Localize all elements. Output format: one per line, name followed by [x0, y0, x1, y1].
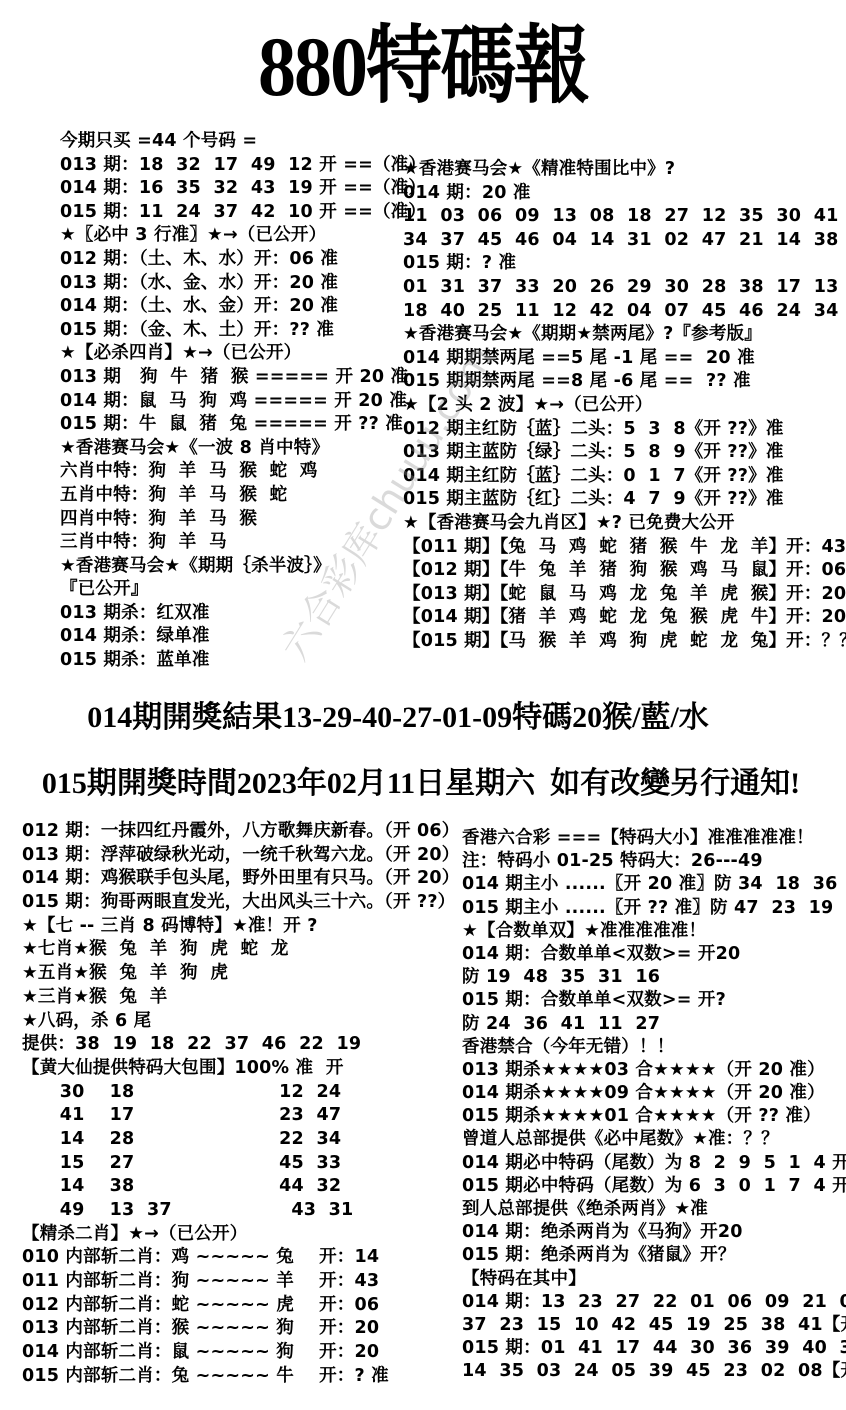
- text-line: 34 37 45 46 04 14 31 02 47 21 14 38: [403, 229, 846, 253]
- text-line: ★七肖★猴 兔 羊 狗 虎 蛇 龙: [22, 938, 459, 962]
- text-line: 41 17 23 47: [22, 1104, 459, 1128]
- text-line: 【011 期】【兔 马 鸡 蛇 猪 猴 牛 龙 羊】开：43: [403, 536, 846, 560]
- text-line: 曾道人总部提供《必中尾数》★准：？？: [462, 1128, 846, 1151]
- text-line: 015 内部斩二肖：兔 ~~~~~ 牛 开：? 准: [22, 1365, 459, 1389]
- text-line: 【015 期】【马 猴 羊 鸡 狗 虎 蛇 龙 兔】开：？？: [403, 630, 846, 654]
- text-line: 012 期：（土、木、水）开：06 准: [60, 248, 426, 272]
- text-line: ★【2 头 2 波】★→（已公开）: [403, 394, 846, 418]
- text-line: 到人总部提供《绝杀两肖》★准: [462, 1198, 846, 1221]
- text-line: 【012 期】【牛 兔 羊 猪 狗 猴 鸡 马 鼠】开：06: [403, 559, 846, 583]
- text-line: 【013 期】【蛇 鼠 马 鸡 龙 兔 羊 虎 猴】开：20: [403, 583, 846, 607]
- text-line: 11 03 06 09 13 08 18 27 12 35 30 41 45 3…: [403, 205, 846, 229]
- text-line: 015 期主小 ......〖开 ?? 准〗防 47 23 19: [462, 897, 846, 920]
- text-line: 五肖中特：狗 羊 马 猴 蛇: [60, 484, 426, 508]
- text-line: 013 期：（水、金、水）开：20 准: [60, 272, 426, 296]
- text-line: ★香港赛马会★《一波 8 肖中特》: [60, 437, 426, 461]
- text-line: 013 内部斩二肖：猴 ~~~~~ 狗 开：20: [22, 1317, 459, 1341]
- text-line: 014 期：鼠 马 狗 鸡 ===== 开 20 准: [60, 390, 426, 414]
- text-line: 【特码在其中】: [462, 1268, 846, 1291]
- text-line: 014 期主小 ......〖开 20 准〗防 34 18 36: [462, 873, 846, 896]
- text-line: 015 期：狗哥两眼直发光，大出风头三十六。（开 ??）: [22, 891, 459, 915]
- draw-result-headline: 014期開獎結果13-29-40-27-01-09特碼20猴/藍/水: [0, 692, 821, 736]
- column-top-right: ★香港赛马会★《精准特围比中》?014 期：20 准11 03 06 09 13…: [403, 158, 846, 653]
- text-line: 014 期必中特码（尾数）为 8 2 9 5 1 4 开20: [462, 1152, 846, 1175]
- text-line: 013 期杀：红双准: [60, 602, 426, 626]
- text-line: 注：特码小 01-25 特码大：26---49: [462, 850, 846, 873]
- text-line: 014 期：20 准: [403, 182, 846, 206]
- text-line: 今期只买 =44 个号码 =: [60, 130, 426, 154]
- text-line: ★【七 -- 三肖 8 码博特】★准！开 ?: [22, 915, 459, 939]
- text-line: 015 期杀：蓝单准: [60, 649, 426, 673]
- text-line: 14 28 22 34: [22, 1128, 459, 1152]
- text-line: ★三肖★猴 兔 羊: [22, 986, 459, 1010]
- text-line: ★香港赛马会★《期期｛杀半波｝》: [60, 555, 426, 579]
- text-line: 014 期：绝杀两肖为《马狗》开20: [462, 1221, 846, 1244]
- text-line: 014 期主红防｛蓝｝二头：0 1 7《开 ??》准: [403, 465, 846, 489]
- text-line: 014 期：鸡猴联手包头尾，野外田里有只马。（开 20）: [22, 867, 459, 891]
- text-line: 014 期杀：绿单准: [60, 625, 426, 649]
- text-line: 015 期：合数单单<双数>= 开?: [462, 989, 846, 1012]
- text-line: 013 期主蓝防｛绿｝二头：5 8 9《开 ??》准: [403, 441, 846, 465]
- text-line: ★香港赛马会★《精准特围比中》?: [403, 158, 846, 182]
- text-line: 012 内部斩二肖：蛇 ~~~~~ 虎 开：06: [22, 1294, 459, 1318]
- text-line: 015 期主蓝防｛红｝二头：4 7 9《开 ??》准: [403, 488, 846, 512]
- text-line: ★〖必中 3 行准〗★→（已公开）: [60, 224, 426, 248]
- text-line: 014 期：（土、水、金）开：20 准: [60, 295, 426, 319]
- text-line: 013 期杀★★★★03 合★★★★（开 20 准）: [462, 1059, 846, 1082]
- text-line: 【精杀二肖】★→（已公开）: [22, 1223, 459, 1247]
- text-line: ★【合数单双】★准准准准准！: [462, 920, 846, 943]
- page-title: 880特碼報: [0, 17, 846, 118]
- text-line: 提供：38 19 18 22 37 46 22 19: [22, 1033, 459, 1057]
- text-line: 49 13 37 43 31: [22, 1199, 459, 1223]
- text-line: 015 期：牛 鼠 猪 兔 ===== 开 ?? 准: [60, 413, 426, 437]
- text-line: 015 期：11 24 37 42 10 开 ==（准）: [60, 201, 426, 225]
- text-line: 015 期：01 41 17 44 30 36 39 40 38 48: [462, 1337, 846, 1360]
- text-line: 014 期杀★★★★09 合★★★★（开 20 准）: [462, 1082, 846, 1105]
- text-line: 010 内部斩二肖：鸡 ~~~~~ 兔 开：14: [22, 1246, 459, 1270]
- text-line: 014 期：13 23 27 22 01 06 09 21 08 28: [462, 1291, 846, 1314]
- text-line: 013 期：浮萍破绿秋光动，一统千秋驾六龙。（开 20）: [22, 844, 459, 868]
- text-line: 『已公开』: [60, 578, 426, 602]
- text-line: 香港禁合（今年无错）！！: [462, 1036, 846, 1059]
- text-line: 013 期：18 32 17 49 12 开 ==（准）: [60, 154, 426, 178]
- text-line: 防 24 36 41 11 27: [462, 1013, 846, 1036]
- text-line: 015 期期禁两尾 ==8 尾 -6 尾 == ?? 准: [403, 370, 846, 394]
- column-bottom-left: 012 期：一抹四红丹霞外，八方歌舞庆新春。（开 06）013 期：浮萍破绿秋光…: [22, 820, 459, 1389]
- text-line: 014 期期禁两尾 ==5 尾 -1 尾 == 20 准: [403, 347, 846, 371]
- text-line: ★五肖★猴 兔 羊 狗 虎: [22, 962, 459, 986]
- text-line: 14 38 44 32: [22, 1175, 459, 1199]
- text-line: 防 19 48 35 31 16: [462, 966, 846, 989]
- text-line: 18 40 25 11 12 42 04 07 45 46 24 34: [403, 300, 846, 324]
- text-line: 30 18 12 24: [22, 1081, 459, 1105]
- text-line: 香港六合彩 ===【特码大小】准准准准准！: [462, 827, 846, 850]
- text-line: ★八码，杀 6 尾: [22, 1010, 459, 1034]
- text-line: 【黄大仙提供特码大包围】100% 准 开: [22, 1057, 459, 1081]
- text-line: 014 期：合数单单<双数>= 开20: [462, 943, 846, 966]
- text-line: 01 31 37 33 20 26 29 30 28 38 17 13 05 0…: [403, 276, 846, 300]
- text-line: ★【必杀四肖】★→（已公开）: [60, 342, 426, 366]
- column-top-left: 今期只买 =44 个号码 =013 期：18 32 17 49 12 开 ==（…: [60, 130, 426, 673]
- text-line: 六肖中特：狗 羊 马 猴 蛇 鸡: [60, 460, 426, 484]
- text-line: 37 23 15 10 42 45 19 25 38 41【开 20】: [462, 1314, 846, 1337]
- text-line: 015 期杀★★★★01 合★★★★（开 ?? 准）: [462, 1105, 846, 1128]
- text-line: 015 期：绝杀两肖为《猪鼠》开？: [462, 1244, 846, 1267]
- text-line: 四肖中特：狗 羊 马 猴: [60, 508, 426, 532]
- text-line: 013 期 狗 牛 猪 猴 ===== 开 20 准: [60, 366, 426, 390]
- text-line: 012 期：一抹四红丹霞外，八方歌舞庆新春。（开 06）: [22, 820, 459, 844]
- text-line: 014 期：16 35 32 43 19 开 ==（准）: [60, 177, 426, 201]
- text-line: ★【香港赛马会九肖区】★? 已免费大公开: [403, 512, 846, 536]
- text-line: 015 期必中特码（尾数）为 6 3 0 1 7 4 开？: [462, 1175, 846, 1198]
- text-line: 15 27 45 33: [22, 1152, 459, 1176]
- next-draw-schedule-headline: 015期開獎時間2023年02月11日星期六 如有改變另行通知!: [0, 758, 844, 802]
- text-line: 012 期主红防｛蓝｝二头：5 3 8《开 ??》准: [403, 418, 846, 442]
- column-bottom-right: 香港六合彩 ===【特码大小】准准准准准！注：特码小 01-25 特码大：26-…: [462, 827, 846, 1384]
- text-line: 015 期：? 准: [403, 252, 846, 276]
- text-line: ★香港赛马会★《期期★禁两尾》?『参考版』: [403, 323, 846, 347]
- text-line: 14 35 03 24 05 39 45 23 02 08【开 ??】: [462, 1360, 846, 1383]
- text-line: 【014 期】【猪 羊 鸡 蛇 龙 兔 猴 虎 牛】开：20: [403, 606, 846, 630]
- text-line: 011 内部斩二肖：狗 ~~~~~ 羊 开：43: [22, 1270, 459, 1294]
- text-line: 三肖中特：狗 羊 马: [60, 531, 426, 555]
- text-line: 014 内部斩二肖：鼠 ~~~~~ 狗 开：20: [22, 1341, 459, 1365]
- text-line: 015 期：（金、木、土）开：?? 准: [60, 319, 426, 343]
